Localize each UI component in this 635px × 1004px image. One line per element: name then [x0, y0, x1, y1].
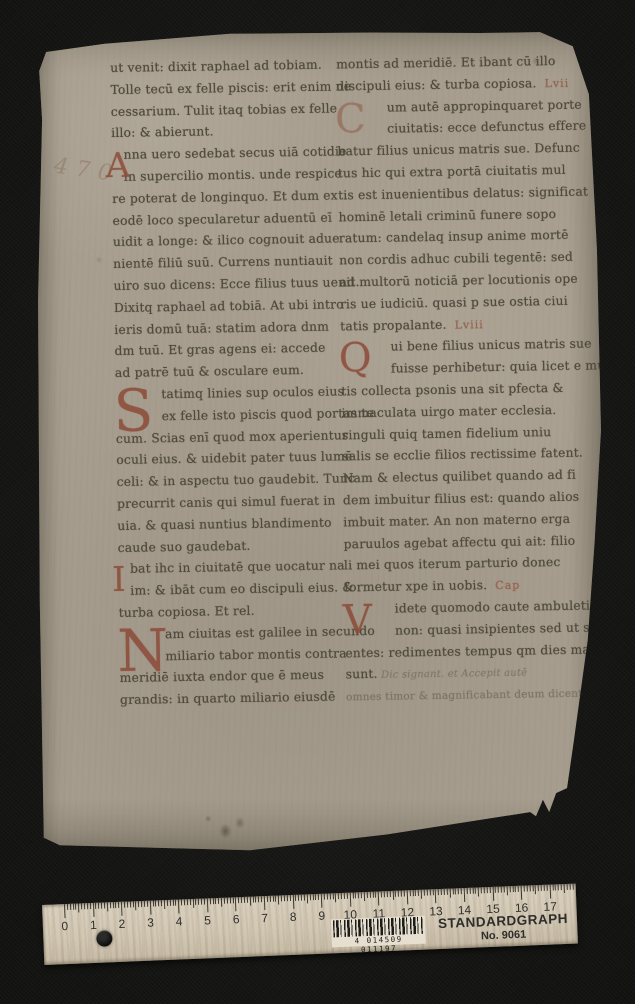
ruler-tick: [81, 903, 82, 909]
ruler-tick: [155, 900, 156, 906]
manuscript-text-area: ut venit: dixit raphael ad tobiam.Tolle …: [110, 50, 602, 711]
manuscript-line: uiro suo dicens: Ecce filius tuus uenit.: [113, 272, 339, 297]
ruler-tick: [495, 887, 496, 893]
ruler-tick: [461, 888, 462, 894]
ruler-tick: [184, 899, 185, 905]
ruler-tick: [218, 898, 219, 904]
ruler-tick: [395, 891, 396, 897]
ruler-tick: [124, 902, 125, 908]
manuscript-paragraph: Cum autē appropinquaret porteciuitatis: …: [337, 94, 597, 338]
ruler-number: 9: [318, 909, 325, 923]
ruler-tick: [147, 901, 148, 907]
ruler-tick: [387, 891, 388, 897]
ruler-tick: [150, 901, 152, 915]
ruler-number: 1: [90, 918, 97, 932]
ruler-tick: [478, 887, 479, 896]
ruler-tick: [329, 893, 330, 899]
ruler-tick: [367, 892, 368, 898]
ruler-tick: [506, 886, 507, 895]
ruler-tick: [541, 885, 542, 891]
ruler-tick: [132, 901, 133, 907]
ruler-tick: [529, 885, 530, 891]
ruler-tick: [73, 904, 74, 910]
ruler-number: 7: [261, 911, 268, 925]
ruler-tick: [287, 895, 288, 901]
ruler-tick: [361, 892, 362, 898]
manuscript-line: im: & ibāt cum eo discipuli eius. &: [118, 578, 344, 603]
ruler-tick: [327, 894, 328, 900]
ruler-tick: [472, 888, 473, 894]
ruler-tick: [341, 893, 342, 899]
ruler-tick: [318, 894, 319, 900]
ruler-tick: [429, 889, 430, 895]
ruler-tick: [418, 890, 419, 896]
ruler-tick: [452, 888, 453, 894]
ruler-tick: [204, 898, 205, 904]
ruler-tick: [70, 904, 71, 910]
ruler-tick: [444, 889, 445, 895]
ruler-tick: [384, 891, 385, 897]
ruler-tick: [258, 896, 259, 902]
ruler-tick: [195, 899, 196, 905]
ruler-tick: [569, 884, 570, 890]
ruler-tick: [187, 899, 188, 905]
ruler-tick: [272, 896, 273, 902]
ruler-hole: [96, 930, 113, 947]
ruler-tick: [364, 892, 365, 901]
ruler-number: 4: [175, 914, 182, 928]
ruler-tick: [335, 893, 336, 902]
ruler-tick: [110, 902, 111, 908]
ruler-tick: [338, 893, 339, 899]
ruler-tick: [369, 892, 370, 898]
ruler-tick: [489, 887, 490, 893]
ruler-tick: [561, 884, 562, 890]
manuscript-line: precurrit canis qui simul fuerat in: [117, 490, 343, 515]
ruler-tick: [241, 897, 242, 903]
ruler-tick: [98, 903, 99, 909]
ruler-tick: [144, 901, 145, 907]
ruler-tick: [158, 900, 159, 906]
ruler-tick: [267, 896, 268, 902]
ruler-tick: [458, 888, 459, 894]
ruler-tick: [441, 889, 442, 895]
ruler-tick: [235, 897, 237, 911]
ruler-tick: [407, 890, 409, 904]
ruler-tick: [486, 887, 487, 893]
ruler-tick: [392, 891, 393, 900]
ruler-tick: [95, 903, 96, 909]
manuscript-line: paruulos agebat affectu qui ait: filio: [344, 530, 600, 556]
ruler-tick: [170, 900, 171, 906]
ruler-number: 2: [118, 917, 125, 931]
ruler-tick: [378, 891, 380, 905]
ruler-tick: [555, 884, 556, 890]
rubric-mark: Lviii: [447, 318, 484, 332]
ruler-tick: [315, 894, 316, 900]
ruler-tick: [532, 885, 533, 891]
manuscript-line: Tolle tecū ex felle piscis: erit enim ne: [110, 76, 336, 101]
ruler-tick: [524, 886, 525, 892]
ruler-tick: [152, 901, 153, 907]
ruler-tick: [355, 892, 356, 898]
manuscript-line: grandis: in quarto miliario eiusdē: [120, 686, 346, 711]
manuscript-paragraph: Videte quomodo caute ambuletisnon: quasi…: [345, 595, 603, 708]
ruler-tick: [484, 887, 485, 893]
ruler-tick: [455, 888, 456, 894]
manuscript-line: Dixitq raphael ad tobiā. At ubi intro: [114, 294, 340, 319]
manuscript-line: cessarium. Tulit itaq tobias ex felle: [111, 98, 337, 123]
ruler-tick: [415, 890, 416, 896]
ruler-tick: [198, 899, 199, 905]
ruler-tick: [252, 897, 253, 903]
rubric-mark: Lvii: [537, 77, 570, 91]
ruler-tick: [544, 885, 545, 891]
ruler-tick: [401, 891, 402, 897]
ruler-tick: [307, 894, 308, 903]
ruler-tick: [207, 898, 209, 912]
ruler-tick: [250, 897, 251, 906]
ruler-tick: [90, 903, 91, 909]
ruler-tick: [424, 890, 425, 896]
manuscript-paragraph: Nam ciuitas est galilee in secundomiliar…: [119, 621, 346, 712]
manuscript-line: ris ue iudiciū. quasi p sue ostia ciui: [340, 290, 596, 316]
ruler-tick: [349, 893, 351, 907]
manuscript-paragraph: Ibat ihc in ciuitatē que uocatur naim: &…: [118, 556, 345, 625]
ruler-tick: [464, 888, 466, 902]
ruler-tick: [466, 888, 467, 894]
ruler-tick: [212, 898, 213, 904]
ruler-tick: [270, 896, 271, 902]
ruler-tick: [227, 898, 228, 904]
ruler-tick: [135, 901, 136, 910]
illuminated-initial: N: [117, 624, 166, 668]
manuscript-line: re poterat de longinquo. Et dum ex: [112, 185, 338, 210]
ruler-tick: [130, 901, 131, 907]
manuscript-line: entes: redimentes tempus qm dies mali: [345, 639, 601, 665]
illuminated-initial: I: [112, 559, 131, 603]
ruler-tick: [566, 884, 567, 890]
ruler-tick: [421, 890, 422, 899]
ruler-tick: [278, 895, 279, 904]
ruler-tick: [118, 902, 119, 908]
ruler-tick: [358, 892, 359, 898]
ruler-tick: [324, 894, 325, 900]
ruler-tick: [84, 903, 85, 909]
ruler-tick: [113, 902, 114, 908]
ruler-tick: [247, 897, 248, 903]
barcode: 4 014509 011197: [331, 916, 426, 948]
ruler-tick: [538, 885, 539, 891]
ruler-tick: [435, 889, 437, 903]
ruler-tick: [332, 893, 333, 899]
ruler-tick: [175, 900, 176, 906]
ruler-tick: [432, 889, 433, 895]
barcode-digits: 4 014509 011197: [334, 934, 425, 956]
manuscript-paragraph: montis ad meridiē. Et ibant cū illodisci…: [336, 50, 593, 98]
ruler-tick: [93, 903, 95, 917]
ruler-tick: [107, 902, 108, 911]
ruler-tick: [264, 896, 266, 910]
ruler-tick: [87, 903, 88, 909]
ruler-tick: [409, 890, 410, 896]
ruler-tick: [389, 891, 390, 897]
ruler-tick: [501, 887, 502, 893]
ruler-tick: [546, 885, 547, 891]
interlinear-gloss: Dic signant. et Accepit autē: [378, 668, 528, 681]
ruler-tick: [141, 901, 142, 907]
ruler-tick: [492, 887, 494, 901]
ruler-tick: [298, 895, 299, 901]
ruler-tick: [412, 890, 413, 896]
ruler-tick: [321, 894, 323, 908]
ruler-tick: [210, 898, 211, 904]
manuscript-paragraph: Anna uero sedebat secus uiā cotidiein su…: [111, 142, 341, 385]
ruler-tick: [504, 886, 505, 892]
illuminated-initial: Q: [334, 337, 391, 381]
ruler: 01234567891011121314151617 4 014509 0111…: [42, 884, 578, 965]
ruler-tick: [398, 891, 399, 897]
ruler-tick: [190, 899, 191, 905]
ruler-tick: [518, 886, 519, 892]
ruler-tick: [115, 902, 116, 908]
ruler-tick: [127, 902, 128, 908]
ruler-tick: [221, 898, 222, 907]
ruler-tick: [549, 885, 551, 899]
ruler-tick: [509, 886, 510, 892]
ruler-tick: [161, 900, 162, 906]
ruler-tick: [521, 886, 523, 900]
manuscript-line: omnes timor & magnificabant deum dicente…: [346, 682, 602, 708]
ruler-number: 8: [290, 910, 297, 924]
manuscript-left-column: ut venit: dixit raphael ad tobiam.Tolle …: [110, 54, 346, 711]
ruler-tick: [138, 901, 139, 907]
ruler-tick: [164, 900, 165, 909]
ruler-tick: [301, 895, 302, 901]
ruler-tick: [230, 897, 231, 903]
ruler-number: 5: [204, 913, 211, 927]
parchment-page: 470 ut venit: dixit raphael ad tobiam.To…: [30, 28, 605, 856]
ruler-tick: [535, 885, 536, 894]
ruler-tick: [352, 892, 353, 898]
manuscript-paragraph: Statimq linies sup oculos eiusex felle i…: [115, 381, 344, 559]
ruler-tick: [121, 902, 123, 916]
ruler-tick: [78, 904, 79, 913]
manuscript-line: dm tuū. Et gras agens ei: accede: [114, 338, 340, 363]
ruler-tick: [312, 894, 313, 900]
ruler-tick: [515, 886, 516, 892]
ruler-tick: [192, 899, 193, 908]
ruler-tick: [481, 887, 482, 893]
ruler-number: 6: [233, 912, 240, 926]
manuscript-right-column: montis ad meridiē. Et ibant cū illodisci…: [336, 50, 602, 708]
ruler-tick: [244, 897, 245, 903]
ruler-tick: [447, 889, 448, 895]
ruler-tick: [558, 884, 559, 890]
ruler-tick: [475, 888, 476, 894]
ruler-tick: [167, 900, 168, 906]
ruler-tick: [75, 904, 76, 910]
ruler-tick: [201, 899, 202, 905]
ruler-tick: [498, 887, 499, 893]
manuscript-paragraph: ut venit: dixit raphael ad tobiam.Tolle …: [110, 54, 337, 145]
ruler-tick: [275, 896, 276, 902]
ruler-tick: [564, 884, 565, 893]
ruler-tick: [101, 903, 102, 909]
ruler-tick: [295, 895, 296, 901]
illuminated-initial: A: [105, 145, 124, 189]
manuscript-line: tis collecta psonis una sit pfecta &: [341, 377, 597, 403]
ruler-tick: [104, 902, 105, 908]
ruler-tick: [304, 894, 305, 900]
ruler-tick: [347, 893, 348, 899]
ruler-tick: [292, 895, 294, 909]
ruler-tick: [469, 888, 470, 894]
manuscript-paragraph: Qui bene filius unicus matris suefuisse …: [340, 334, 600, 600]
illuminated-initial: S: [113, 384, 162, 428]
ruler-tick: [381, 891, 382, 897]
ruler-tick: [552, 884, 553, 890]
ruler-tick: [284, 895, 285, 901]
ruler-tick: [255, 896, 256, 902]
ruler-tick: [224, 898, 225, 904]
ruler-tick: [238, 897, 239, 903]
ruler-tick: [404, 890, 405, 896]
ruler-tick: [512, 886, 513, 892]
ruler-tick: [172, 900, 173, 906]
ruler-tick: [261, 896, 262, 902]
illuminated-initial: C: [331, 97, 388, 141]
ruler-tick: [64, 904, 66, 918]
ruler-number: 0: [61, 919, 68, 933]
manuscript-line: uia. & quasi nuntius blandimento: [117, 512, 343, 537]
ruler-tick: [289, 895, 290, 901]
ruler-tick: [449, 889, 450, 898]
ruler-tick: [375, 892, 376, 898]
ruler-tick: [281, 895, 282, 901]
manuscript-photo: { "manuscript": { "marginal_note": "470"…: [0, 0, 635, 1004]
rubric-mark: Cap: [487, 579, 520, 593]
ruler-tick: [309, 894, 310, 900]
ruler-tick: [181, 899, 182, 905]
ruler-tick: [215, 898, 216, 904]
ruler-tick: [372, 892, 373, 898]
ruler-number: 3: [147, 916, 154, 930]
ruler-tick: [67, 904, 68, 910]
ruler-tick: [178, 899, 180, 913]
ruler-tick: [526, 886, 527, 892]
ruler-tick: [427, 890, 428, 896]
ruler-tick: [232, 897, 233, 903]
ruler-tick: [572, 884, 573, 890]
ruler-tick: [344, 893, 345, 899]
ruler-tick: [438, 889, 439, 895]
illuminated-initial: V: [339, 599, 396, 643]
